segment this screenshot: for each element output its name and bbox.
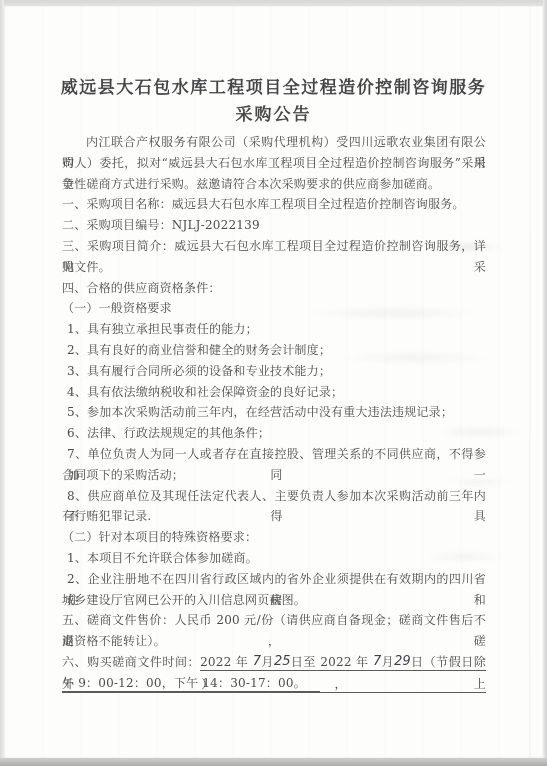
document-line: 购人）委托，拟对“威远县大石包水库工程项目全过程造价控制咨询服务”采用竞 xyxy=(62,153,486,174)
handwritten-month: 7 xyxy=(373,654,381,669)
handwritten-month: 7 xyxy=(253,654,261,669)
document-line: 5、参加本次采购活动前三年内，在经营活动中没有重大违法违规记录； xyxy=(62,402,486,423)
document-line: 1、本项目不允许联合体参加磋商。 xyxy=(62,548,486,569)
document-line: 一、采购项目名称：威远县大石包水库工程项目全过程造价控制咨询服务。 xyxy=(62,194,486,215)
underlined-office-hours: 午 9：00-12：00，下午 14：30-17：00。 xyxy=(62,676,320,692)
document-line: （一）一般资格要求 xyxy=(62,298,486,319)
date-text: 月 xyxy=(381,655,394,669)
date-text: 月 xyxy=(261,655,274,669)
document-line: 3、具有履行合同所必须的设备和专业技术能力； xyxy=(62,361,486,382)
date-text: 2022 年 xyxy=(200,655,253,669)
document-line: 8、供应商单位及其现任法定代表人、主要负责人参加本次采购活动前三年内不得具 xyxy=(62,486,486,507)
handwritten-day: 29 xyxy=(394,654,411,669)
document-line: 6、法律、行政法规规定的其他条件； xyxy=(62,423,486,444)
handwritten-day: 25 xyxy=(274,654,291,669)
document-line: 2、企业注册地不在四川省行政区域内的省外企业须提供在有效期内的四川省住房和 xyxy=(62,569,486,590)
scanned-document: 威远县大石包水库工程项目全过程造价控制咨询服务 采购公告 内江联合产权服务有限公… xyxy=(0,0,547,766)
document-body: 内江联合产权服务有限公司（采购代理机构）受四川远歌农业集团有限公司（采 购人）委… xyxy=(62,132,486,694)
document-subtitle: 采购公告 xyxy=(4,105,543,125)
document-line: 四、合格的供应商资格条件： xyxy=(62,278,486,299)
document-line: 7、单位负责人为同一人或者存在直接控股、管理关系的不同供应商，不得参加同一 xyxy=(62,444,486,465)
scan-edge-right xyxy=(543,0,547,766)
document-line: 4、具有依法缴纳税收和社会保障资金的良好记录； xyxy=(62,382,486,403)
document-line-purchase-time: 六、购买磋商文件时间：2022 年 7月25日至 2022 年 7月29日（节假… xyxy=(62,652,486,673)
document-title: 威远县大石包水库工程项目全过程造价控制咨询服务 xyxy=(4,6,543,98)
document-line: 五、磋商文件售价：人民币 200 元/份（请供应商自备现金；磋商文件售后不退，磋 xyxy=(62,610,486,631)
document-page: 威远县大石包水库工程项目全过程造价控制咨询服务 采购公告 内江联合产权服务有限公… xyxy=(4,6,543,758)
date-text: 日至 2022 年 xyxy=(290,655,372,669)
document-line: 三、采购项目简介：威远县大石包水库工程项目全过程造价控制咨询服务，详见采 xyxy=(62,236,486,257)
document-line: 二、采购项目编号：NJLJ-2022139 xyxy=(62,215,486,236)
document-line: 2、具有良好的商业信誉和健全的财务会计制度； xyxy=(62,340,486,361)
document-line: 争性磋商方式进行采购。兹邀请符合本次采购要求的供应商参加磋商。 xyxy=(62,174,486,195)
document-line: 内江联合产权服务有限公司（采购代理机构）受四川远歌农业集团有限公司（采 xyxy=(62,132,486,153)
purchase-time-label: 六、购买磋商文件时间： xyxy=(62,655,200,669)
document-line: （二）针对本项目的特殊资格要求： xyxy=(62,527,486,548)
scan-edge-bottom xyxy=(0,758,547,766)
document-line: 1、具有独立承担民事责任的能力； xyxy=(62,319,486,340)
